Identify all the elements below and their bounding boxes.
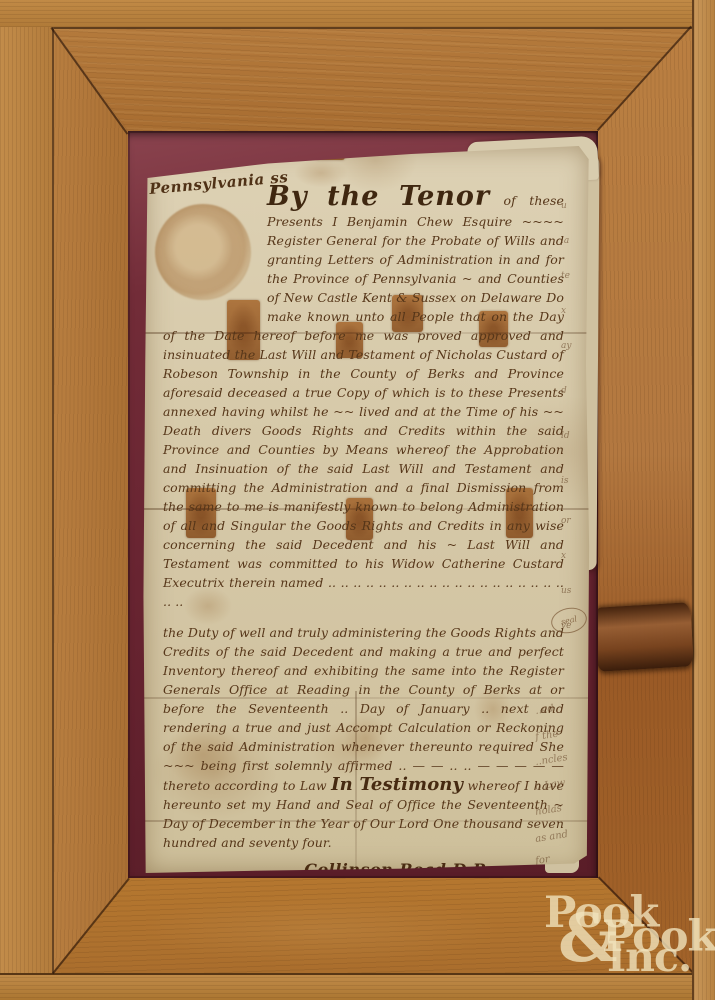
margin-fragment: d (561, 386, 585, 396)
wood-grain (52, 27, 692, 131)
heading-calligraphy: By the Tenor (267, 181, 490, 212)
manuscript-document: Pennsylvania ss By the Tenor of these Pr… (143, 146, 590, 873)
condition-paragraph: the Duty of well and truly administering… (163, 623, 564, 852)
frame-board-right (598, 27, 692, 973)
margin-fragment: x (561, 551, 585, 561)
testimony-calligraphy: In Testimony (331, 774, 463, 795)
margin-fragment: ay (561, 341, 585, 351)
margin-fragment: la (561, 236, 585, 246)
seal-spacer (163, 182, 267, 310)
frame-outer-strip-left (0, 27, 54, 973)
wood-grain (598, 27, 692, 973)
frame-board-left (52, 27, 128, 973)
body-text-2: the Duty of well and truly administering… (163, 625, 564, 793)
frame-outer-strip-right (692, 0, 715, 1000)
margin-fragment: ve (561, 621, 585, 631)
wood-grain (0, 27, 52, 973)
margin-fragment: u (561, 201, 585, 211)
margin-fragment: ld (561, 431, 585, 441)
margin-fragment: is (561, 476, 585, 486)
wood-grain (694, 0, 715, 1000)
wood-grain (52, 27, 128, 973)
wood-grain (0, 0, 692, 27)
margin-fragment: x (561, 306, 585, 316)
margin-fragment: te (561, 271, 585, 281)
manuscript-text-block: By the Tenor of these Presents I Benjami… (143, 146, 590, 894)
wood-grain (52, 878, 692, 973)
frame-board-top (52, 27, 692, 131)
frame-outer-strip-top (0, 0, 692, 29)
margin-fragment: us (561, 586, 585, 596)
frame-board-bottom (52, 878, 692, 973)
wood-grain (0, 975, 715, 1000)
frame-cross-batten (593, 602, 694, 672)
margin-fragment: or (561, 516, 585, 526)
frame-outer-strip-bottom (0, 973, 715, 1000)
framed-manuscript-photo: Pennsylvania ss By the Tenor of these Pr… (0, 0, 715, 1000)
